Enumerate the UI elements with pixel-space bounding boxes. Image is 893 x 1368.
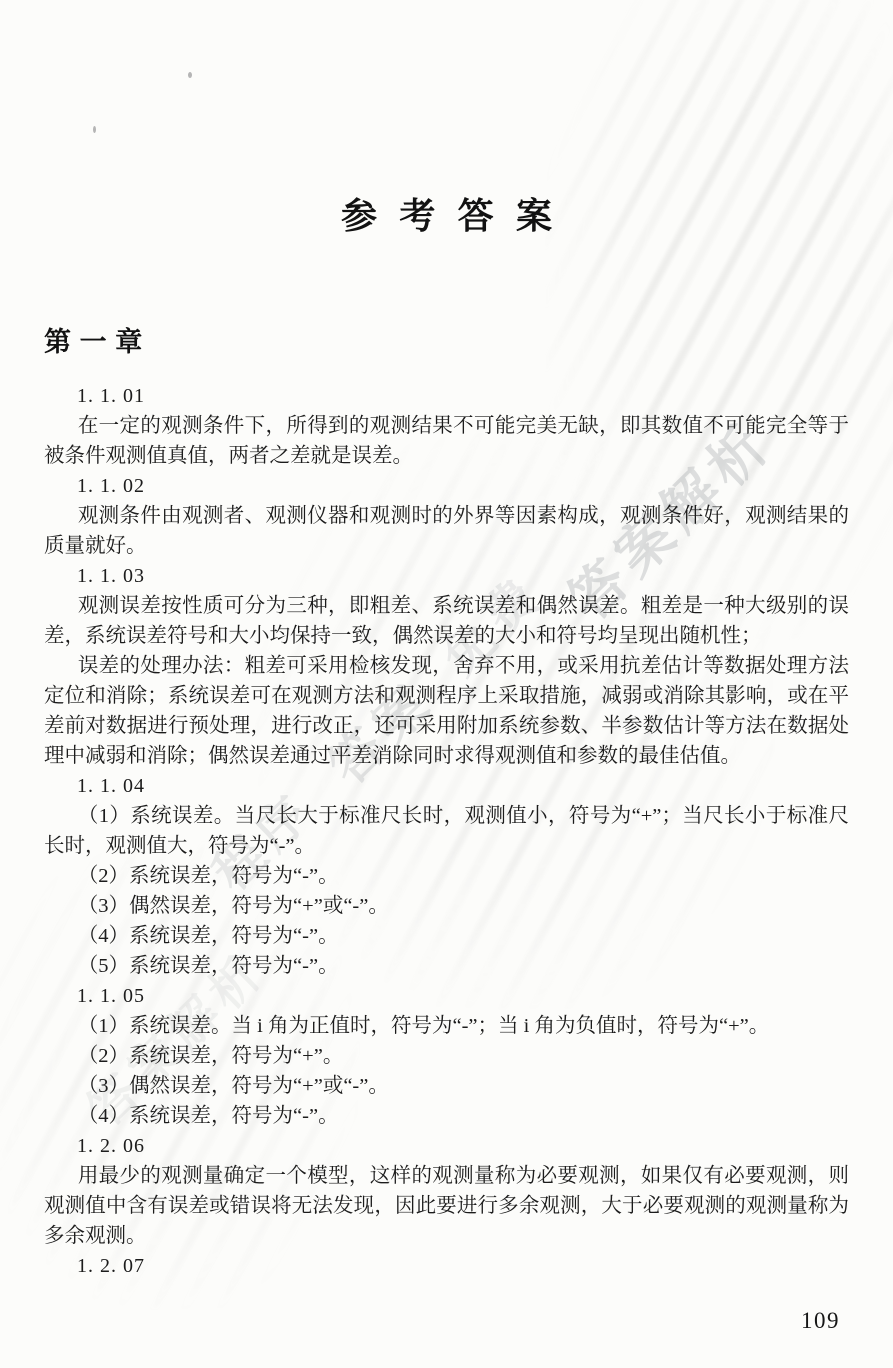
answer-id: 1. 2. 06 <box>44 1131 849 1161</box>
answers-list: 1. 1. 01在一定的观测条件下，所得到的观测结果不可能完美无缺，即其数值不可… <box>44 381 849 1281</box>
answer-paragraph: （1）系统误差。当 i 角为正值时，符号为“-”；当 i 角为负值时，符号为“+… <box>44 1011 849 1041</box>
scan-speck <box>188 72 192 78</box>
answer-id: 1. 1. 03 <box>44 561 849 591</box>
answer-paragraph: （5）系统误差，符号为“-”。 <box>44 951 849 981</box>
answer-paragraph: 观测误差按性质可分为三种，即粗差、系统误差和偶然误差。粗差是一种大级别的误差，系… <box>44 591 849 651</box>
answer-paragraph: 观测条件由观测者、观测仪器和观测时的外界等因素构成，观测条件好，观测结果的质量就… <box>44 501 849 561</box>
answer-id: 1. 1. 01 <box>44 381 849 411</box>
page-title: 参考答案 <box>0 188 893 239</box>
answer-paragraph: （4）系统误差，符号为“-”。 <box>44 921 849 951</box>
answer-id: 1. 1. 04 <box>44 771 849 801</box>
answer-paragraph: 在一定的观测条件下，所得到的观测结果不可能完美无缺，即其数值不可能完全等于被条件… <box>44 411 849 471</box>
answer-paragraph: 用最少的观测量确定一个模型，这样的观测量称为必要观测，如果仅有必要观测，则观测值… <box>44 1161 849 1251</box>
answer-paragraph: （3）偶然误差，符号为“+”或“-”。 <box>44 891 849 921</box>
scan-speck <box>93 126 96 133</box>
page-number: 109 <box>801 1308 840 1334</box>
answer-paragraph: （1）系统误差。当尺长大于标准尺长时，观测值小，符号为“+”；当尺长小于标准尺长… <box>44 801 849 861</box>
answer-paragraph: （2）系统误差，符号为“-”。 <box>44 861 849 891</box>
answer-paragraph: （3）偶然误差，符号为“+”或“-”。 <box>44 1071 849 1101</box>
chapter-heading: 第一章 <box>44 320 151 359</box>
answer-paragraph: （2）系统误差，符号为“+”。 <box>44 1041 849 1071</box>
answer-paragraph: 误差的处理办法：粗差可采用检核发现，舍弃不用，或采用抗差估计等数据处理方法定位和… <box>44 651 849 771</box>
scanned-page: 答案解析 程序 答案 免费 答案解析 参考答案 第一章 1. 1. 01在一定的… <box>0 0 893 1368</box>
answer-id: 1. 1. 05 <box>44 981 849 1011</box>
answer-paragraph: （4）系统误差，符号为“-”。 <box>44 1101 849 1131</box>
answer-id: 1. 2. 07 <box>44 1251 849 1281</box>
answer-id: 1. 1. 02 <box>44 471 849 501</box>
